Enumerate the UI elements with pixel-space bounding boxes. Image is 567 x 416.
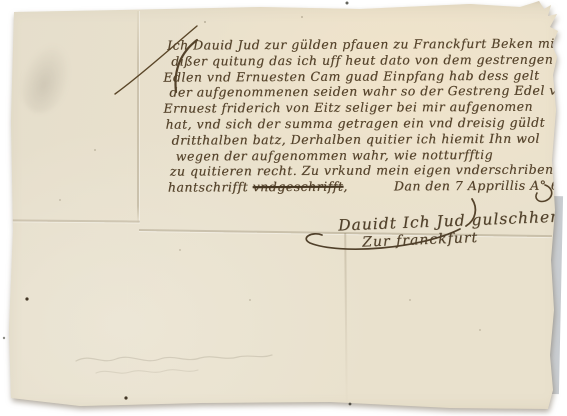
manuscript-last-line: hantschrifft vndgeschrifft,Dan den 7 App… xyxy=(168,177,567,194)
signature-line-2: Zur franckfurt xyxy=(362,230,479,251)
paper-shadow-wrap: Ich Dauid Jud zur gülden pfauen zu Franc… xyxy=(0,0,567,416)
manuscript-text-block: Ich Dauid Jud zur gülden pfauen zu Franc… xyxy=(0,0,567,416)
manuscript-line: dißer quitung das ich uff heut dato von … xyxy=(171,52,553,69)
last-line-pre: hantschrifft xyxy=(168,179,253,194)
date-text: Dan den 7 Apprillis A° 63. xyxy=(394,177,567,193)
aged-paper-sheet: Ich Dauid Jud zur gülden pfauen zu Franc… xyxy=(0,0,567,416)
manuscript-line: zu quitieren recht. Zu vrkund mein eigen… xyxy=(170,162,554,179)
struck-out-word: vndgeschrifft xyxy=(253,179,344,194)
manuscript-photo: Ich Dauid Jud zur gülden pfauen zu Franc… xyxy=(0,0,567,416)
manuscript-line: hat, vnd sich der summa getragen ein vnd… xyxy=(166,115,546,132)
manuscript-line: Ich Dauid Jud zur gülden pfauen zu Franc… xyxy=(167,36,560,53)
last-line-comma: , xyxy=(343,179,348,194)
manuscript-line: der aufgenommenen seiden wahr so der Ges… xyxy=(169,82,567,99)
manuscript-line: dritthalben batz, Derhalben quitier ich … xyxy=(172,131,540,148)
manuscript-line: Ernuest friderich von Eitz seliger bei m… xyxy=(163,99,533,116)
manuscript-line: wegen der aufgenommen wahr, wie notturff… xyxy=(176,147,493,164)
